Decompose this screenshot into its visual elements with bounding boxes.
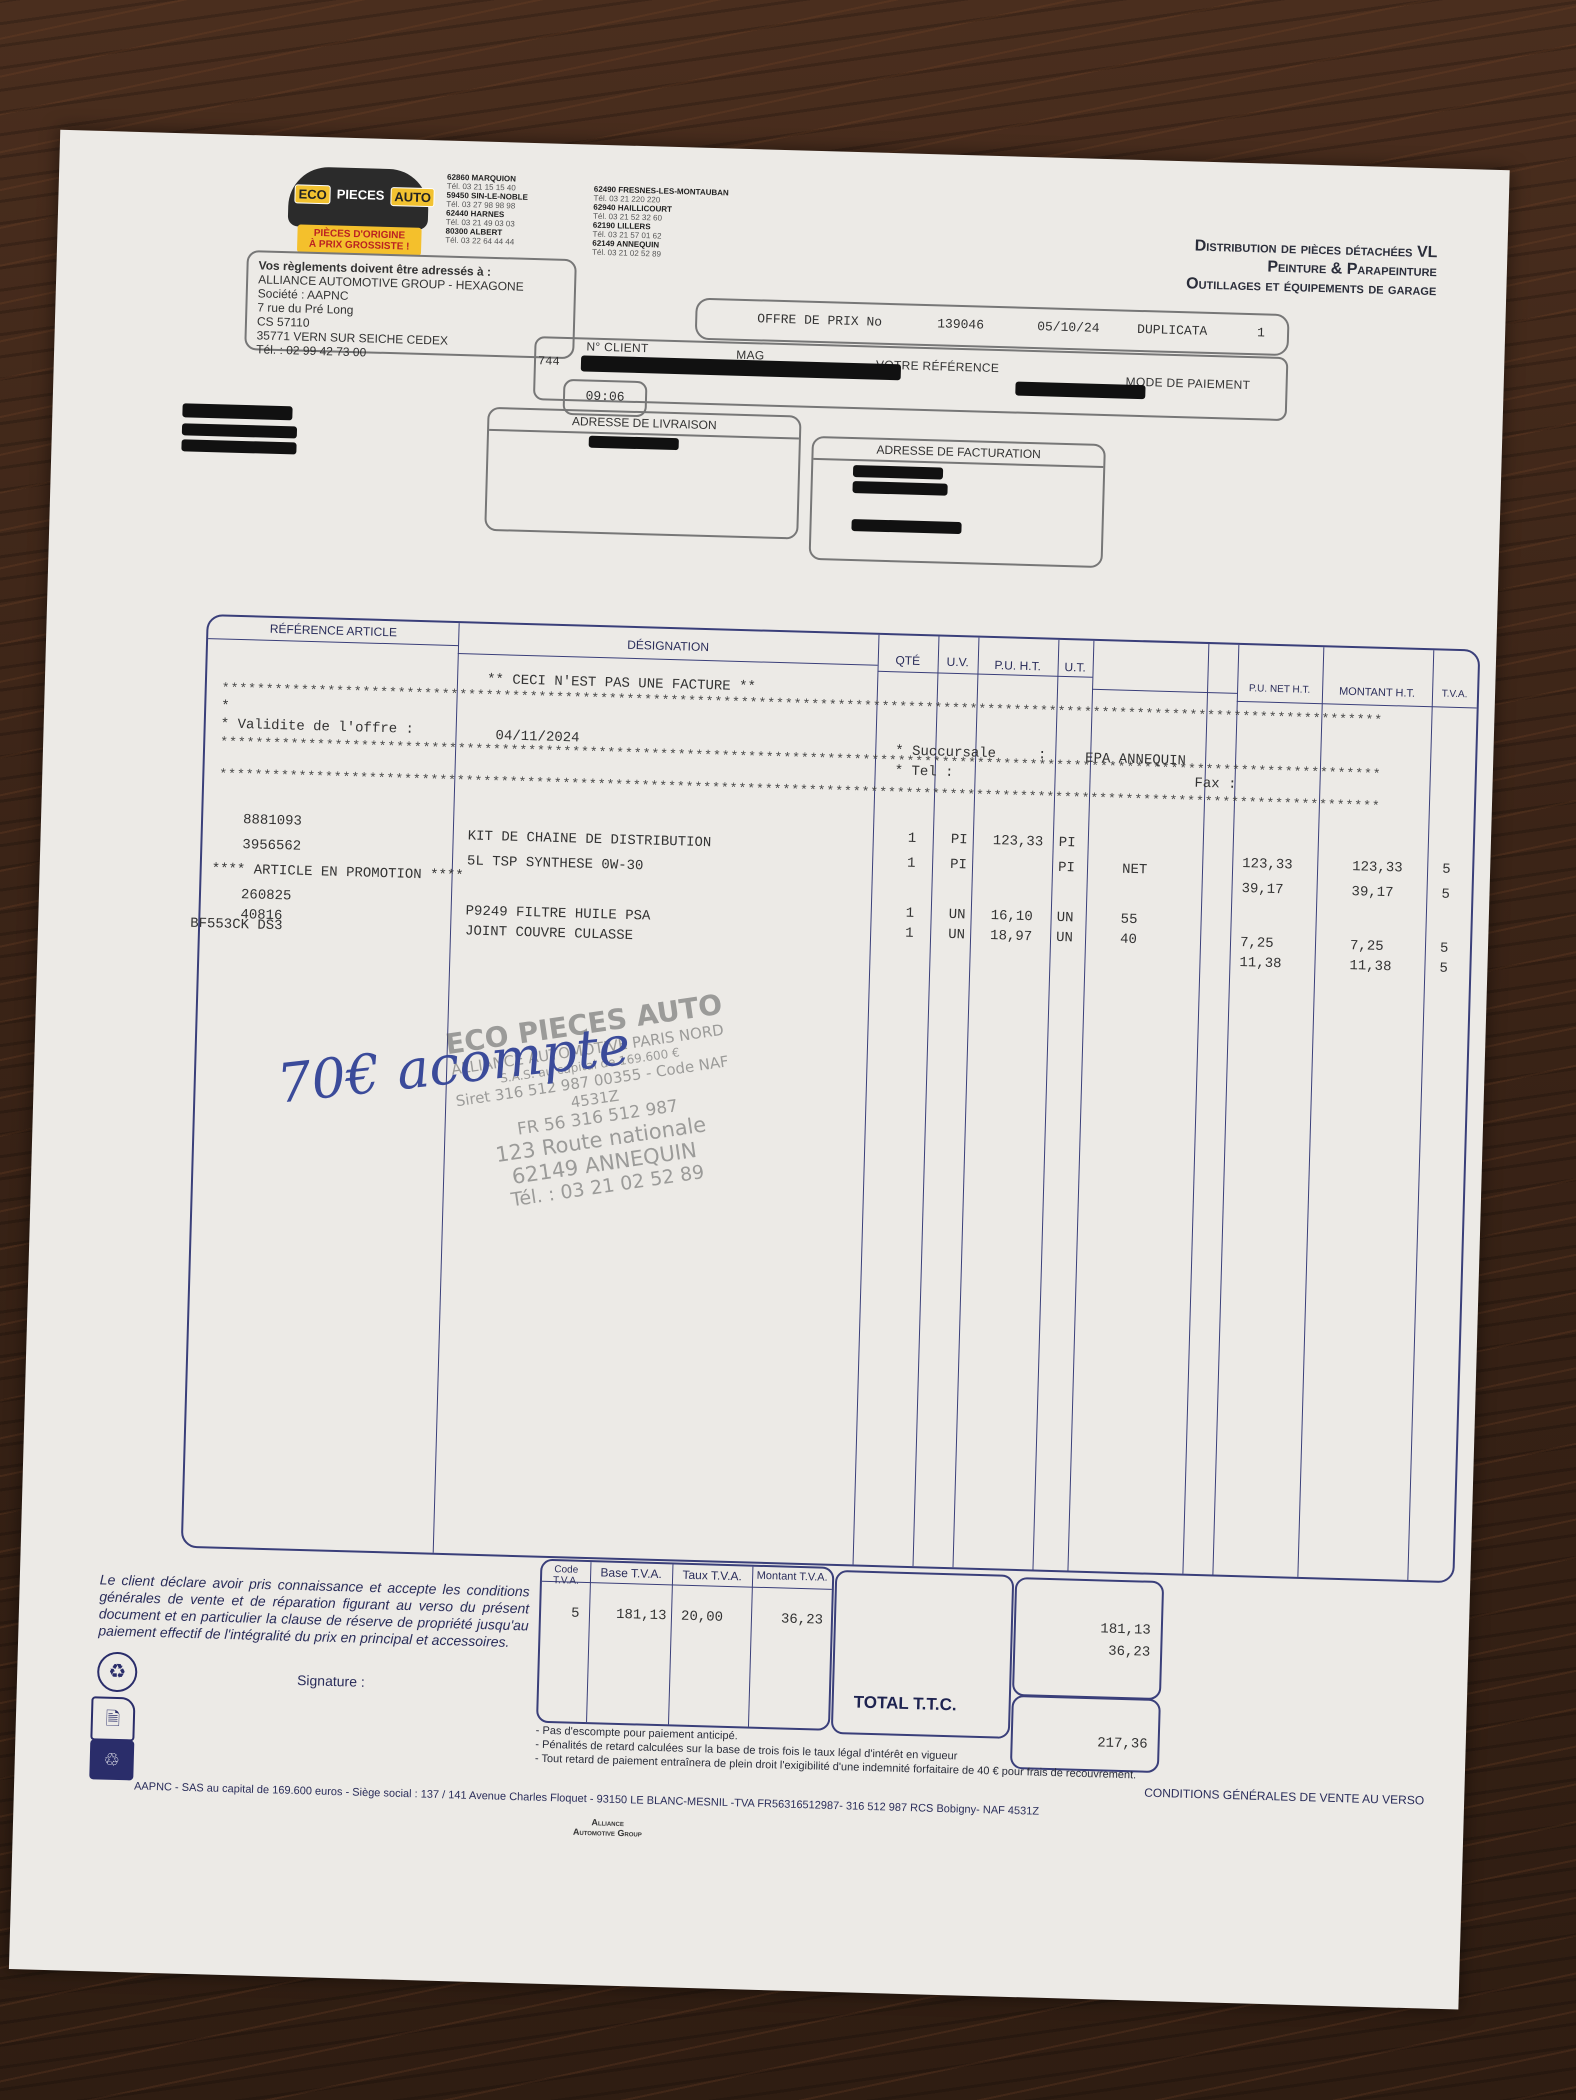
- offer-date: 05/10/24: [1037, 319, 1100, 336]
- company-legal-footer: AAPNC - SAS au capital de 169.600 euros …: [134, 1780, 1039, 1817]
- cell-designation: JOINT COUVRE CULASSE: [465, 923, 633, 944]
- cell-qty: 1: [908, 831, 917, 847]
- tva-base-header: Base T.V.A.: [590, 1565, 672, 1581]
- cell-pu-ht: 123,33: [993, 833, 1044, 850]
- offer-number: 139046: [937, 316, 984, 332]
- signature-label: Signature :: [297, 1672, 365, 1690]
- billing-address-box: ADRESSE DE FACTURATION: [809, 436, 1106, 568]
- tva-rate: 20,00: [681, 1609, 723, 1626]
- alliance-automotive-logo: Alliance Automotive Group: [573, 1817, 642, 1839]
- col-header-pu-net: P.U. NET H.T.: [1237, 683, 1322, 696]
- cell-uv: UN: [948, 927, 965, 943]
- col-header-ut: U.T.: [1057, 660, 1092, 675]
- cell-pu-net: 39,17: [1241, 881, 1283, 898]
- cell-ref: 260825: [241, 887, 292, 904]
- cell-pu-net: 123,33: [1242, 856, 1293, 873]
- redacted-client-info: [581, 355, 901, 380]
- redacted-delivery-address: [589, 436, 679, 451]
- total-tva: 36,23: [1108, 1644, 1150, 1661]
- col-header-uv: U.V.: [938, 654, 978, 669]
- logo-auto: AUTO: [390, 187, 435, 207]
- cell-ut: UN: [1056, 930, 1073, 946]
- cell-tva: 5: [1439, 961, 1448, 977]
- cell-designation: KIT DE CHAINE DE DISTRIBUTION: [467, 828, 711, 851]
- offer-page: 1: [1257, 325, 1265, 340]
- line-items-table: RÉFÉRENCE ARTICLE DÉSIGNATION QTÉ U.V. P…: [181, 614, 1481, 1583]
- total-label-box: TOTAL T.T.C.: [831, 1570, 1015, 1739]
- total-ttc-label: TOTAL T.T.C.: [853, 1693, 956, 1716]
- col-header-qty: QTÉ: [878, 653, 938, 669]
- cell-pu-ht: 16,10: [990, 908, 1032, 925]
- cell-designation: P9249 FILTRE HUILE PSA: [465, 903, 650, 924]
- cell-ut: PI: [1058, 860, 1075, 876]
- redacted-recipient: [182, 403, 292, 420]
- redacted-billing-address: [851, 519, 961, 534]
- col-header-ref: RÉFÉRENCE ARTICLE: [208, 620, 458, 641]
- cell-uv: PI: [950, 857, 967, 873]
- recycling-bin-icon: ♲: [89, 1739, 134, 1780]
- cell-designation: 5L TSP SYNTHESE 0W-30: [467, 853, 644, 874]
- fax-label: Fax :: [1194, 776, 1236, 793]
- acceptance-clause: Le client déclare avoir pris connaissanc…: [98, 1571, 530, 1651]
- client-prefix: 744: [538, 354, 560, 369]
- branches-col-2: 62490 FRESNES-LES-MONTAUBANTél. 03 21 22…: [592, 185, 729, 261]
- redacted-recipient: [182, 423, 297, 438]
- cell-ref: 3956562: [242, 837, 301, 855]
- tva-code-header: Code T.V.A.: [542, 1564, 591, 1587]
- cell-remise: NET: [1122, 862, 1148, 879]
- cell-pu-net: 7,25: [1240, 935, 1274, 952]
- logo-pieces: PIECES: [333, 185, 387, 205]
- delivery-address-box: ADRESSE DE LIVRAISON: [484, 407, 801, 540]
- payment-address-box: Vos règlements doivent être adressés à :…: [244, 250, 577, 359]
- cell-uv: PI: [951, 832, 968, 848]
- cell-pu-net: 11,38: [1239, 955, 1281, 972]
- tva-amount: 36,23: [781, 1611, 823, 1628]
- cell-ut: UN: [1056, 910, 1073, 926]
- client-number-label: N° CLIENT: [586, 340, 649, 356]
- cell-uv: UN: [948, 907, 965, 923]
- cell-ref: 8881093: [243, 812, 302, 830]
- tva-rate-header: Taux T.V.A.: [672, 1567, 752, 1583]
- cell-montant: 7,25: [1350, 938, 1384, 955]
- tva-summary-table: Code T.V.A. Base T.V.A. Taux T.V.A. Mont…: [536, 1559, 834, 1731]
- billing-address-label: ADRESSE DE FACTURATION: [813, 438, 1104, 468]
- tva-amount-header: Montant T.V.A.: [752, 1570, 832, 1584]
- company-tagline: Distribution de pièces détachées VL Pein…: [1186, 236, 1438, 300]
- recycling-triman-icon: ♻: [97, 1651, 138, 1692]
- col-header-pu-ht: P.U. H.T.: [978, 658, 1058, 674]
- total-ht: 181,13: [1100, 1621, 1151, 1638]
- cell-pu-ht: 18,97: [990, 928, 1032, 945]
- promo-note: **** ARTICLE EN PROMOTION ****: [211, 861, 463, 884]
- redacted-payment-info: [1015, 382, 1145, 400]
- redacted-billing-address: [853, 465, 943, 480]
- cell-qty: 1: [906, 906, 915, 922]
- col-header-montant: MONTANT H.T.: [1322, 685, 1432, 700]
- quote-document: ECO PIECES AUTO PIÈCES D'ORIGINE À PRIX …: [9, 130, 1510, 2010]
- tva-base: 181,13: [616, 1607, 667, 1624]
- cell-montant: 11,38: [1349, 958, 1391, 975]
- paper-sorting-icon: 🗎: [90, 1696, 135, 1741]
- total-ht-tva-box: 181,13 36,23: [1012, 1577, 1164, 1700]
- cell-remise: 40: [1120, 932, 1137, 948]
- cell-tva: 5: [1441, 887, 1450, 903]
- logo-eco: ECO: [294, 184, 331, 204]
- cgv-note: CONDITIONS GÉNÉRALES DE VENTE AU VERSO: [1144, 1786, 1424, 1808]
- cell-remise: 55: [1120, 912, 1137, 928]
- cell-qty: 1: [905, 926, 914, 942]
- cell-tva: 5: [1440, 941, 1449, 957]
- cell-ut: PI: [1059, 835, 1076, 851]
- offer-copy: DUPLICATA: [1137, 322, 1208, 339]
- cell-montant: 39,17: [1351, 884, 1393, 901]
- branches-col-1: 62860 MARQUIONTél. 03 21 15 15 40 59450 …: [445, 173, 528, 247]
- cell-qty: 1: [907, 856, 916, 872]
- vehicle-reference: BF553CK DS3: [190, 916, 283, 935]
- redacted-recipient: [181, 439, 296, 454]
- offer-label: OFFRE DE PRIX No: [757, 311, 882, 329]
- tva-code: 5: [571, 1606, 580, 1622]
- tel-label: * Tel :: [894, 763, 953, 781]
- delivery-address-label: ADRESSE DE LIVRAISON: [489, 409, 799, 440]
- cell-tva: 5: [1442, 862, 1451, 878]
- cell-montant: 123,33: [1352, 859, 1403, 876]
- redacted-billing-address: [852, 481, 947, 496]
- col-header-tva: T.V.A.: [1432, 688, 1477, 700]
